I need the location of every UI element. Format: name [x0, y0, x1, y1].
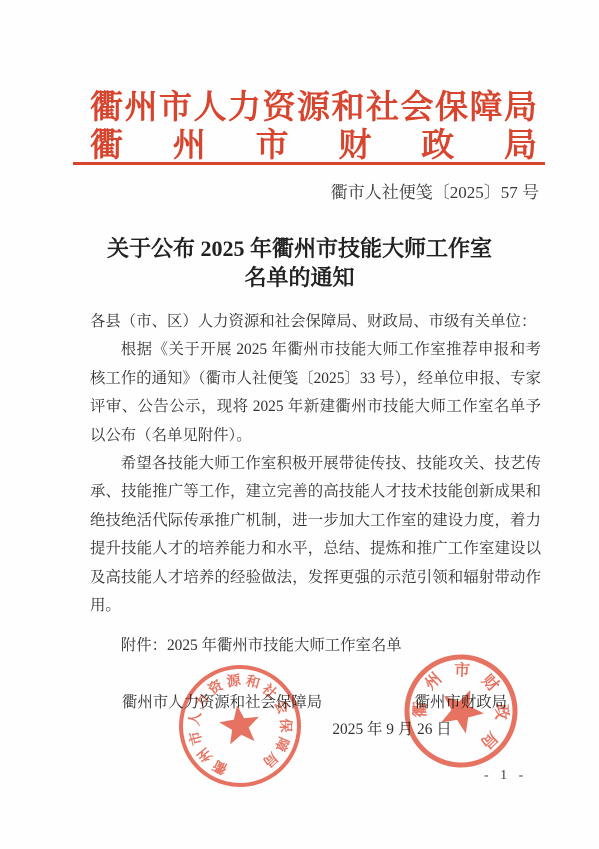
org-name-line1: 衢州市人力资源和社会保障局	[90, 89, 537, 127]
signature-row: 衢州市人力资源和社会保障局 衢州市财政局	[90, 690, 541, 716]
svg-text:市: 市	[186, 729, 205, 747]
body-paragraph-1: 根据《关于开展 2025 年衢州市技能大师工作室推荐申报和考核工作的通知》（衢市…	[90, 336, 541, 450]
document-title: 关于公布 2025 年衢州市技能大师工作室 名单的通知	[0, 234, 599, 292]
svg-text:局: 局	[260, 750, 281, 771]
signature-org-left: 衢州市人力资源和社会保障局	[122, 690, 322, 716]
svg-text:和: 和	[244, 672, 262, 691]
org-name-line2: 衢州市财政局	[90, 127, 537, 165]
svg-text:障: 障	[272, 735, 292, 754]
salutation-line: 各县（市、区）人力资源和社会保障局、财政局、市级有关单位：	[90, 308, 541, 336]
svg-text:源: 源	[226, 671, 243, 689]
svg-text:保: 保	[278, 718, 294, 732]
attachment-line: 附件：2025 年衢州市技能大师工作室名单	[90, 632, 541, 660]
hrss-bureau-seal: 衢州市人力资源和社会保障局	[175, 661, 305, 791]
svg-text:衢: 衢	[210, 757, 230, 778]
document-title-line1: 关于公布 2025 年衢州市技能大师工作室	[0, 234, 599, 263]
svg-text:市: 市	[454, 660, 471, 679]
body-paragraph-2: 希望各技能大师工作室积极开展带徒传技、技能攻关、技艺传承、技能推广等工作，建立完…	[90, 450, 541, 620]
page-number: - 1 -	[484, 768, 527, 784]
signature-org-right: 衢州市财政局	[415, 690, 507, 716]
red-separator-rule	[73, 162, 545, 165]
document-title-line2: 名单的通知	[0, 263, 599, 292]
signature-date: 2025 年 9 月 26 日	[299, 717, 485, 743]
document-body: 各县（市、区）人力资源和社会保障局、财政局、市级有关单位： 根据《关于开展 20…	[90, 308, 541, 620]
document-number: 衢市人社便笺〔2025〕57 号	[331, 183, 539, 203]
document-page: 衢州市人力资源和社会保障局 衢州市财政局 衢市人社便笺〔2025〕57 号 关于…	[0, 0, 599, 849]
svg-text:州: 州	[194, 745, 215, 766]
letterhead: 衢州市人力资源和社会保障局 衢州市财政局	[90, 89, 537, 165]
